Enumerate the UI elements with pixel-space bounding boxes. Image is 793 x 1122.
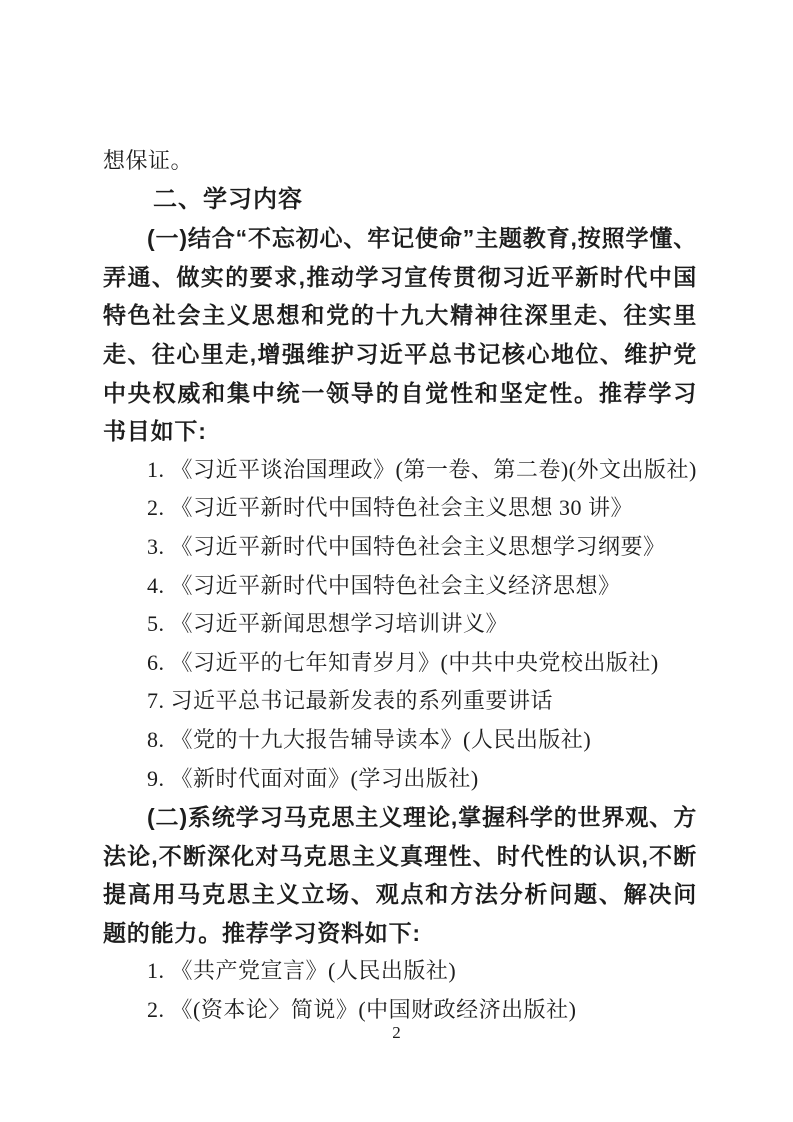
material-list-item-1: 1. 《共产党宣言》(人民出版社) [103,952,697,991]
page-number: 2 [0,1022,793,1044]
paragraph-2: (二)系统学习马克思主义理论,掌握科学的世界观、方法论,不断深化对马克思主义真理… [103,798,697,952]
book-list-item-1: 1. 《习近平谈治国理政》(第一卷、第二卷)(外文出版社) [103,451,697,490]
paragraph-1: (一)结合“不忘初心、牢记使命”主题教育,按照学懂、弄通、做实的要求,推动学习宣… [103,219,697,451]
book-list-item-8: 8. 《党的十九大报告辅导读本》(人民出版社) [103,721,697,760]
paragraph-continuation-fragment: 想保证。 [103,142,697,181]
section-heading: 二、学习内容 [103,181,697,220]
book-list-item-4: 4. 《习近平新时代中国特色社会主义经济思想》 [103,567,697,606]
document-content: 想保证。 二、学习内容 (一)结合“不忘初心、牢记使命”主题教育,按照学懂、弄通… [103,142,697,1030]
book-list-item-2: 2. 《习近平新时代中国特色社会主义思想 30 讲》 [103,489,697,528]
book-list-item-5: 5. 《习近平新闻思想学习培训讲义》 [103,605,697,644]
book-list-item-6: 6. 《习近平的七年知青岁月》(中共中央党校出版社) [103,644,697,683]
book-list-item-7: 7. 习近平总书记最新发表的系列重要讲话 [103,682,697,721]
book-list-item-9: 9. 《新时代面对面》(学习出版社) [103,760,697,799]
book-list-item-3: 3. 《习近平新时代中国特色社会主义思想学习纲要》 [103,528,697,567]
document-page: 想保证。 二、学习内容 (一)结合“不忘初心、牢记使命”主题教育,按照学懂、弄通… [0,0,793,1122]
